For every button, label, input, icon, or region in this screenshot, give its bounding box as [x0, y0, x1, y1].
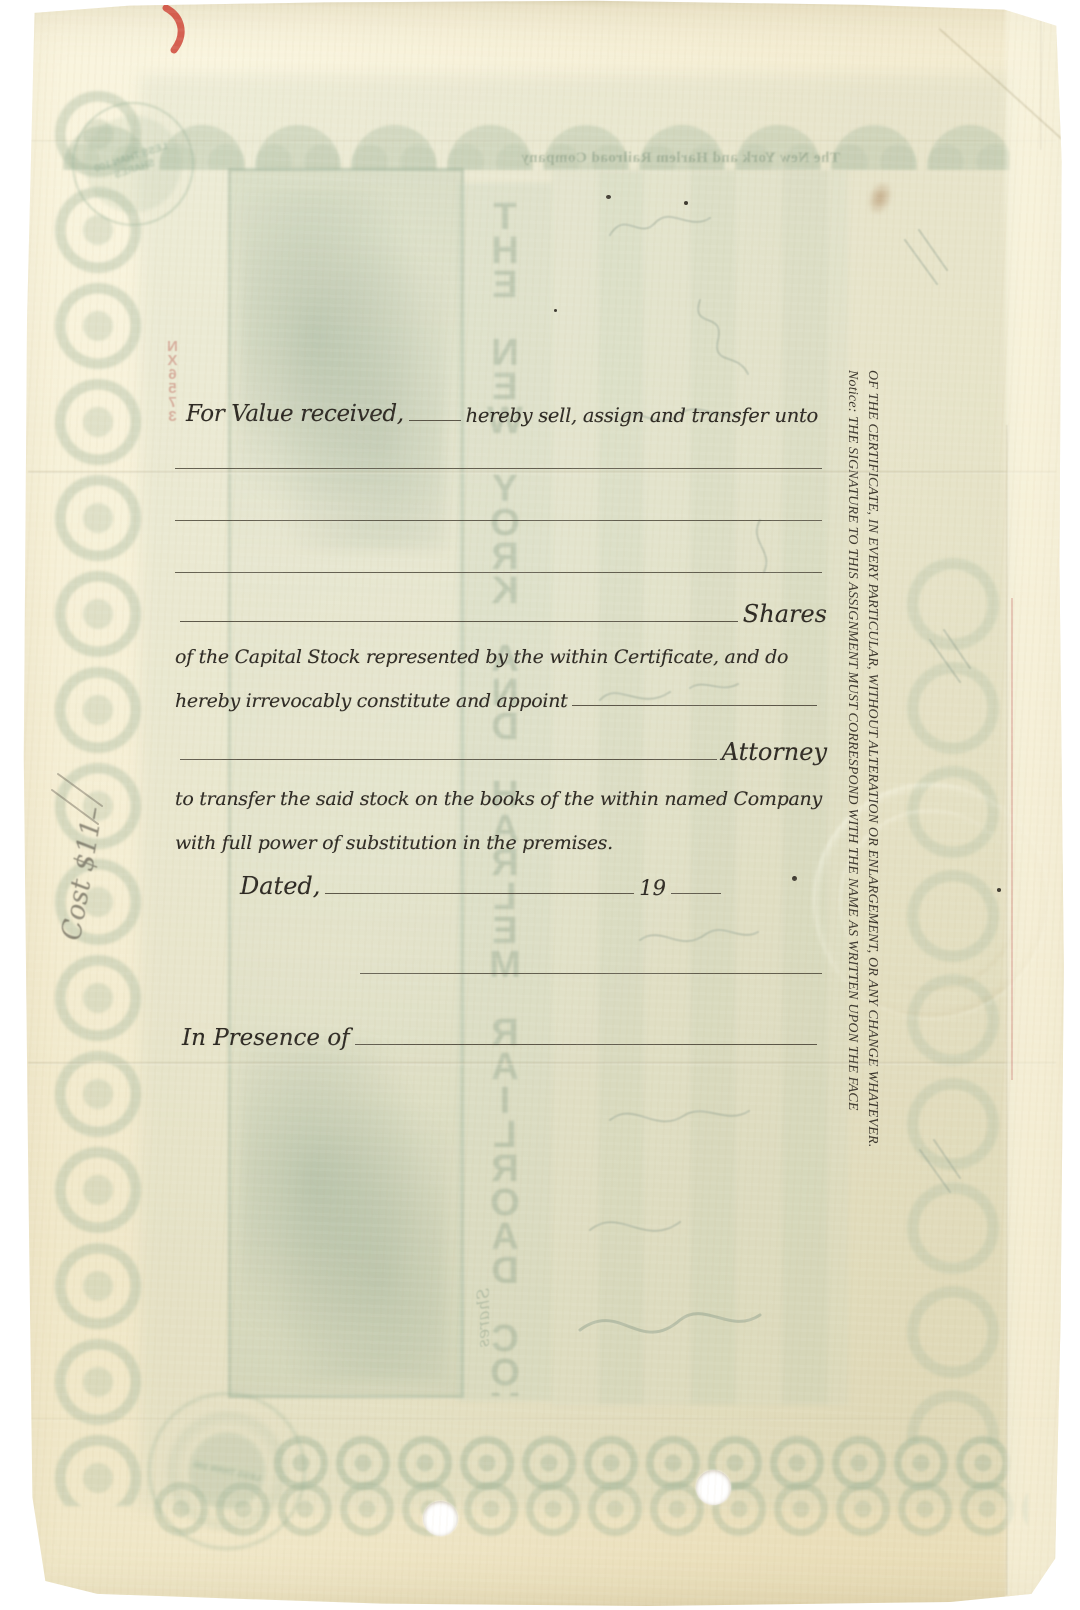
hole-punch-right — [696, 1470, 731, 1505]
transfer-books-text: to transfer the said stock on the books … — [175, 788, 822, 810]
substitution-line: with full power of substitution in the p… — [175, 820, 613, 854]
ink-speck — [606, 195, 611, 199]
in-presence-of-label: In Presence of — [182, 1025, 350, 1051]
showthrough-red-margin-line — [1011, 598, 1013, 1080]
ink-speck — [554, 309, 557, 312]
witness-blank — [355, 1044, 817, 1045]
year-blank — [671, 893, 721, 894]
fold-crease-top — [28, 140, 1056, 143]
assignment-opening-line: For Value received, hereby sell, assign … — [186, 381, 824, 427]
appoint-text: hereby irrevocably constitute and appoin… — [175, 690, 567, 712]
sell-assign-transfer-text: hereby sell, assign and transfer unto — [466, 404, 818, 427]
fold-crease-lower — [28, 1062, 1056, 1065]
fold-crease-vertical — [1006, 425, 1009, 1595]
corner-crease-vertical — [1040, 0, 1043, 150]
transferee-blank-line-2 — [175, 520, 822, 521]
dated-line: Dated, 19 — [240, 860, 726, 900]
share-count-blank — [180, 621, 738, 622]
seller-name-blank — [409, 420, 461, 421]
date-blank — [325, 893, 634, 894]
attorney-blank-line — [180, 759, 717, 760]
notice-text-line1: Notice: THE SIGNATURE TO THIS ASSIGNMENT… — [844, 370, 860, 1111]
shares-line: Shares — [175, 594, 827, 628]
transferee-blank-line-1 — [175, 468, 822, 469]
ink-speck — [997, 888, 1001, 892]
attorney-label: Attorney — [722, 738, 827, 766]
hole-punch-left — [423, 1501, 458, 1536]
substitution-text: with full power of substitution in the p… — [175, 832, 613, 854]
notice-text-line2: OF THE CERTIFICATE, IN EVERY PARTICULAR,… — [864, 370, 880, 1147]
attorney-name-blank — [572, 705, 817, 706]
ink-speck — [684, 201, 688, 205]
scanned-certificate-back: THE NEW YORK AND HARLEM RAILROAD COMPANY… — [0, 0, 1080, 1610]
attorney-line: Attorney — [175, 726, 827, 766]
fold-crease-upper — [28, 471, 1056, 474]
witness-line: In Presence of — [182, 1013, 822, 1051]
ink-speck — [792, 876, 797, 881]
value-received-text: For Value received, — [186, 401, 404, 427]
paper-sheet: THE NEW YORK AND HARLEM RAILROAD COMPANY… — [0, 0, 1080, 1610]
year-prefix: 19 — [639, 876, 666, 900]
appoint-line: hereby irrevocably constitute and appoin… — [175, 678, 822, 712]
shares-label: Shares — [743, 600, 827, 628]
capital-stock-text: of the Capital Stock represented by the … — [175, 646, 788, 668]
transferee-blank-line-3 — [175, 572, 822, 573]
signature-line — [360, 973, 822, 974]
dated-label: Dated, — [240, 872, 320, 900]
capital-stock-line: of the Capital Stock represented by the … — [175, 634, 788, 668]
transfer-books-line: to transfer the said stock on the books … — [175, 776, 822, 810]
fold-crease-bottom — [28, 1418, 1056, 1421]
red-crayon-mark — [166, 8, 181, 50]
right-edge-fold-strip — [1006, 0, 1064, 1610]
